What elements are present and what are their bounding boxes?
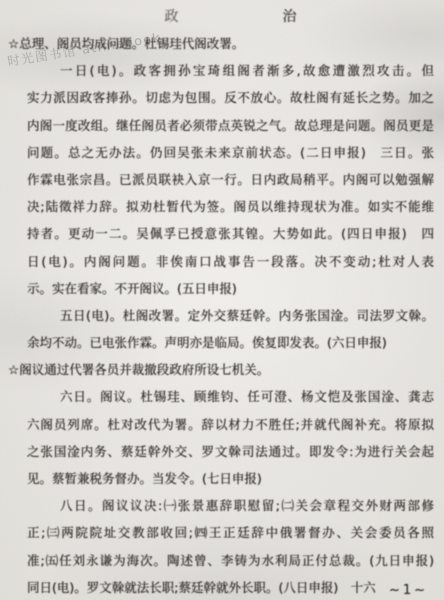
- document-body: 政 治 ☆总理、阁员均成问题。杜锡珪代阁改署。一日(电)。政客拥孙宝琦组阁者渐多…: [27, 7, 434, 600]
- text-line: 准;㈤任刘永谦为海次。陶述曾、李铸为水利局正付总裁。(九日申报): [27, 547, 434, 574]
- text-line: 实力派因政客捧孙。切虑为包围。反不放心。故杜阁有延长之势。加之: [27, 84, 434, 111]
- page-title-char-left: 政: [165, 7, 179, 27]
- scanned-document-page: 时光图书馆 atimebook. 政 治 ☆总理、阁员均成问题。杜锡珪代阁改署。…: [0, 0, 444, 600]
- text-line: 作霖电张宗昌。已派员联袂入京一行。日内政局稍平。内阁可以勉强解: [27, 166, 434, 193]
- section-heading: ☆总理、阁员均成问题。杜锡珪代阁改署。: [8, 30, 434, 57]
- text-line: 日(电)。内阁问题。非俟南口战事告一段落。决不变动;杜对人表: [27, 248, 434, 275]
- section-heading: ☆阁议通过代署各员并裁撤段政府所设七机关。: [8, 356, 434, 383]
- text-line: 问题。总之无办法。仍回吴张未来京前状态。(二日申报) 三日。张: [27, 139, 434, 166]
- text-line: 同日(电)。罗文榦就法长职;蔡廷幹就外长职。(八日申报) 十六: [27, 574, 434, 600]
- page-title: 政 治: [27, 7, 434, 27]
- text-line: 余均不动。已电张作霖。声明亦是临局。俟复即发表。(六日申报): [27, 329, 434, 356]
- text-line: 持者。更动一二。吴佩孚已授意张其锽。大势如此。(四日申报) 四: [27, 220, 434, 247]
- text-line: 决;陆徵祥力辞。拟劝杜暂代为签。阁员以维持现状为准。如实不能维: [27, 193, 434, 220]
- document-lines: ☆总理、阁员均成问题。杜锡珪代阁改署。一日(电)。政客拥孙宝琦组阁者渐多,故愈遭…: [27, 30, 434, 600]
- page-title-char-right: 治: [283, 7, 297, 27]
- text-line: 内阁一度改组。继任阁员者必须带点英锐之气。故总理是问题。阁员更是: [27, 112, 434, 139]
- text-line: 六阁员列席。杜对改代为署。辞以材力不胜任;并就代阁补充。将原拟: [27, 411, 434, 438]
- text-line: 见。蔡暂兼税务督办。当发令。(七日申报): [27, 465, 434, 492]
- text-line: 示。实在看家。不开阁议。(五日申报): [27, 275, 434, 302]
- page-number: ~1~: [389, 583, 428, 598]
- text-line: 六日。阁议。杜锡珪、顾维钧、任可澄、杨文恺及张国淦、龚志: [27, 383, 434, 410]
- text-line: 正;㈢两院院址交教部收回;㈣王正廷辞中俄署督办、关会委员各照: [27, 519, 434, 546]
- text-line: 之张国淦内务、蔡廷幹外交、罗文榦司法通过。即发令:为进行关会起: [27, 438, 434, 465]
- text-line: 五日(电)。杜阁改署。定外交蔡廷幹。内务张国淦。司法罗文榦。: [27, 302, 434, 329]
- text-line: 八日。阁议议决:㈠张景惠辞职慰留;㈡关会章程交外财两部修: [27, 492, 434, 519]
- text-line: 一日(电)。政客拥孙宝琦组阁者渐多,故愈遭激烈攻击。但: [27, 57, 434, 84]
